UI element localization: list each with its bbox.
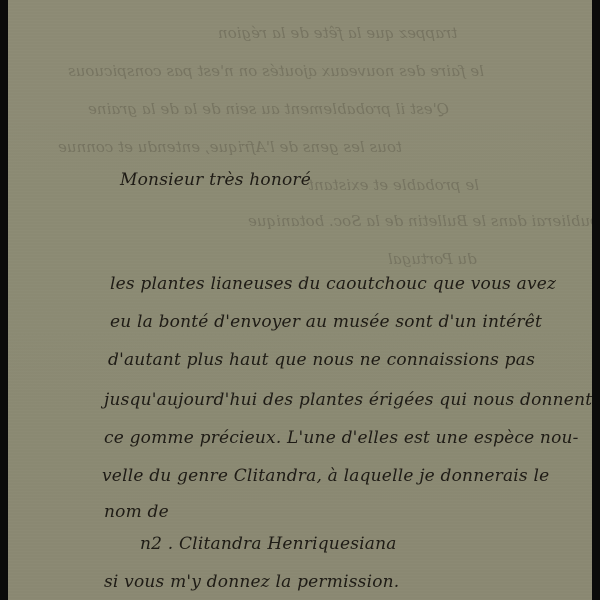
body-line: velle du genre Clitandra, à laquelle je … xyxy=(102,466,549,486)
bleed-through-line: trappez que la fête de la région xyxy=(218,24,457,42)
bleed-through-line: Q'est il probablement au sein de la de l… xyxy=(88,100,449,118)
bleed-through-line: le probable et existant xyxy=(308,176,479,194)
species-name-line: n2 . Clitandra Henriquesiana xyxy=(140,534,397,554)
body-line: jusqu'aujourd'hui des plantes érigées qu… xyxy=(104,390,592,410)
body-line: les plantes lianeuses du caoutchouc que … xyxy=(110,274,556,294)
body-line: eu la bonté d'envoyer au musée sont d'un… xyxy=(110,312,542,332)
salutation: Monsieur très honoré xyxy=(120,170,311,190)
body-line: nom de xyxy=(104,502,169,522)
body-line: d'autant plus haut que nous ne connaissi… xyxy=(108,350,535,370)
scan-border-left xyxy=(0,0,8,600)
body-line: ce gomme précieux. L'une d'elles est une… xyxy=(104,428,579,448)
bleed-through-line: le faire des nouveaux ajoutés on n'est p… xyxy=(68,62,484,80)
bleed-through-line: tous les gens de l'Afrique, entendu et c… xyxy=(58,138,402,156)
scan-border-right xyxy=(592,0,600,600)
letter-page: trappez que la fête de la région le fair… xyxy=(8,0,592,600)
closing-line: si vous m'y donnez la permission. xyxy=(104,572,399,592)
bleed-through-line: que je publierai dans le Bulletin de la … xyxy=(248,212,592,230)
bleed-through-line: du Portugal xyxy=(388,250,477,268)
